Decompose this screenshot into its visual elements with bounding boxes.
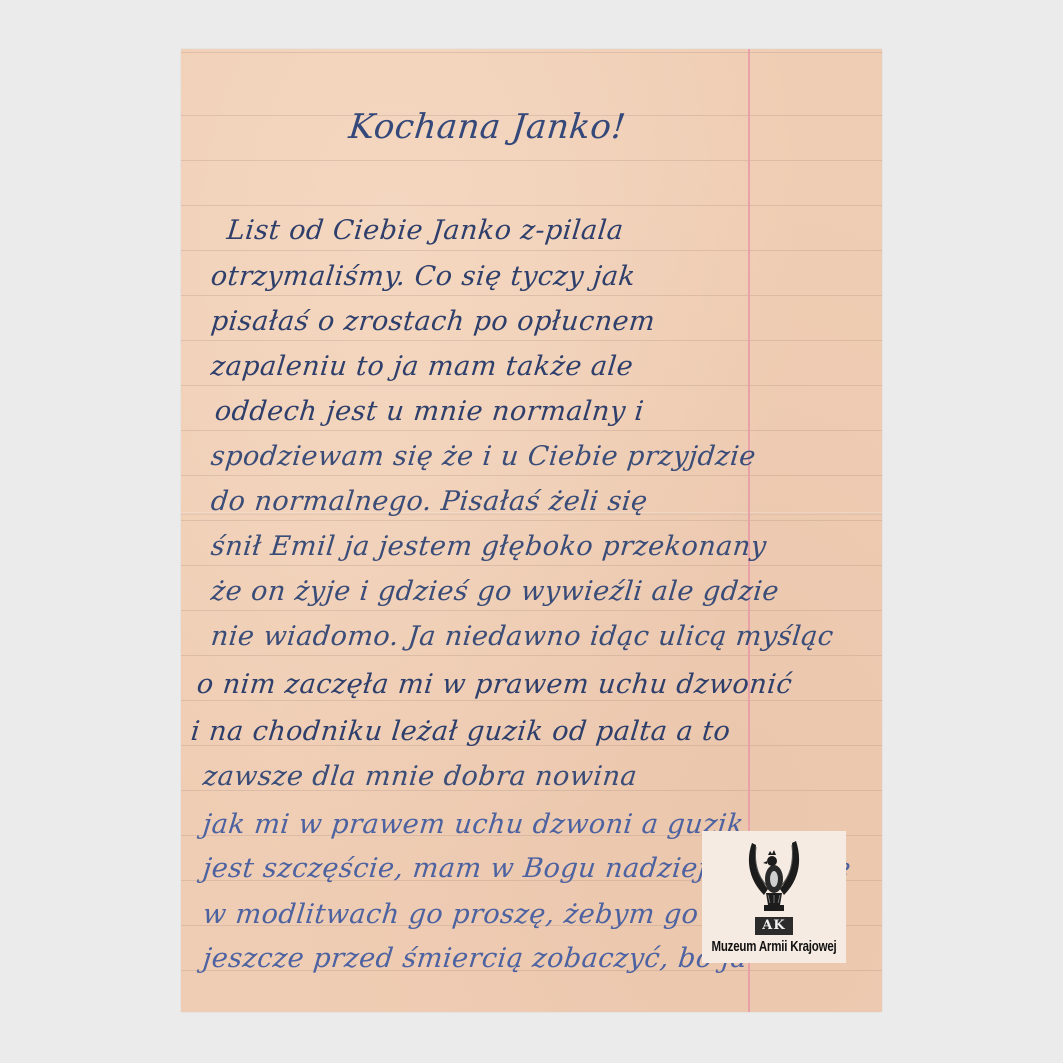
letter-line: że on żyje i gdzieś go wywieźli ale gdzi…	[209, 576, 780, 607]
letter-line: List od Ciebie Janko z-pilala	[225, 215, 625, 246]
eagle-icon	[744, 839, 804, 917]
letter-line: zapaleniu to ja mam także ale	[209, 351, 635, 382]
ak-badge: AK	[755, 917, 793, 935]
letter-line: i na chodniku leżał guzik od palta a to	[189, 716, 732, 747]
letter-line: pisałaś o zrostach po opłucnem	[209, 306, 656, 337]
letter-line: zawsze dla mnie dobra nowina	[201, 761, 638, 792]
letter-line: o nim zaczęła mi w prawem uchu dzwonić	[195, 669, 793, 700]
museum-watermark: AK Muzeum Armii Krajowej	[702, 831, 846, 963]
letter-line: nie wiadomo. Ja niedawno idąc ulicą myśl…	[209, 621, 835, 652]
museum-name: Muzeum Armii Krajowej	[702, 940, 846, 955]
letter-line: jeszcze przed śmiercią zobaczyć, bo ja	[201, 943, 749, 974]
letter-line: śnił Emil ja jestem głęboko przekonany	[209, 531, 768, 562]
letter-line: oddech jest u mnie normalny i	[213, 396, 645, 427]
letter-line: w modlitwach go proszę, żebym go mógł	[201, 899, 779, 930]
letter-line: otrzymaliśmy. Co się tyczy jak	[209, 261, 637, 292]
letter-line: jak mi w prawem uchu dzwoni a guzik	[201, 809, 745, 840]
letter-salutation: Kochana Janko!	[347, 107, 628, 147]
letter-line: spodziewam się że i u Ciebie przyjdzie	[209, 441, 757, 472]
letter-line: do normalnego. Pisałaś żeli się	[209, 486, 649, 517]
